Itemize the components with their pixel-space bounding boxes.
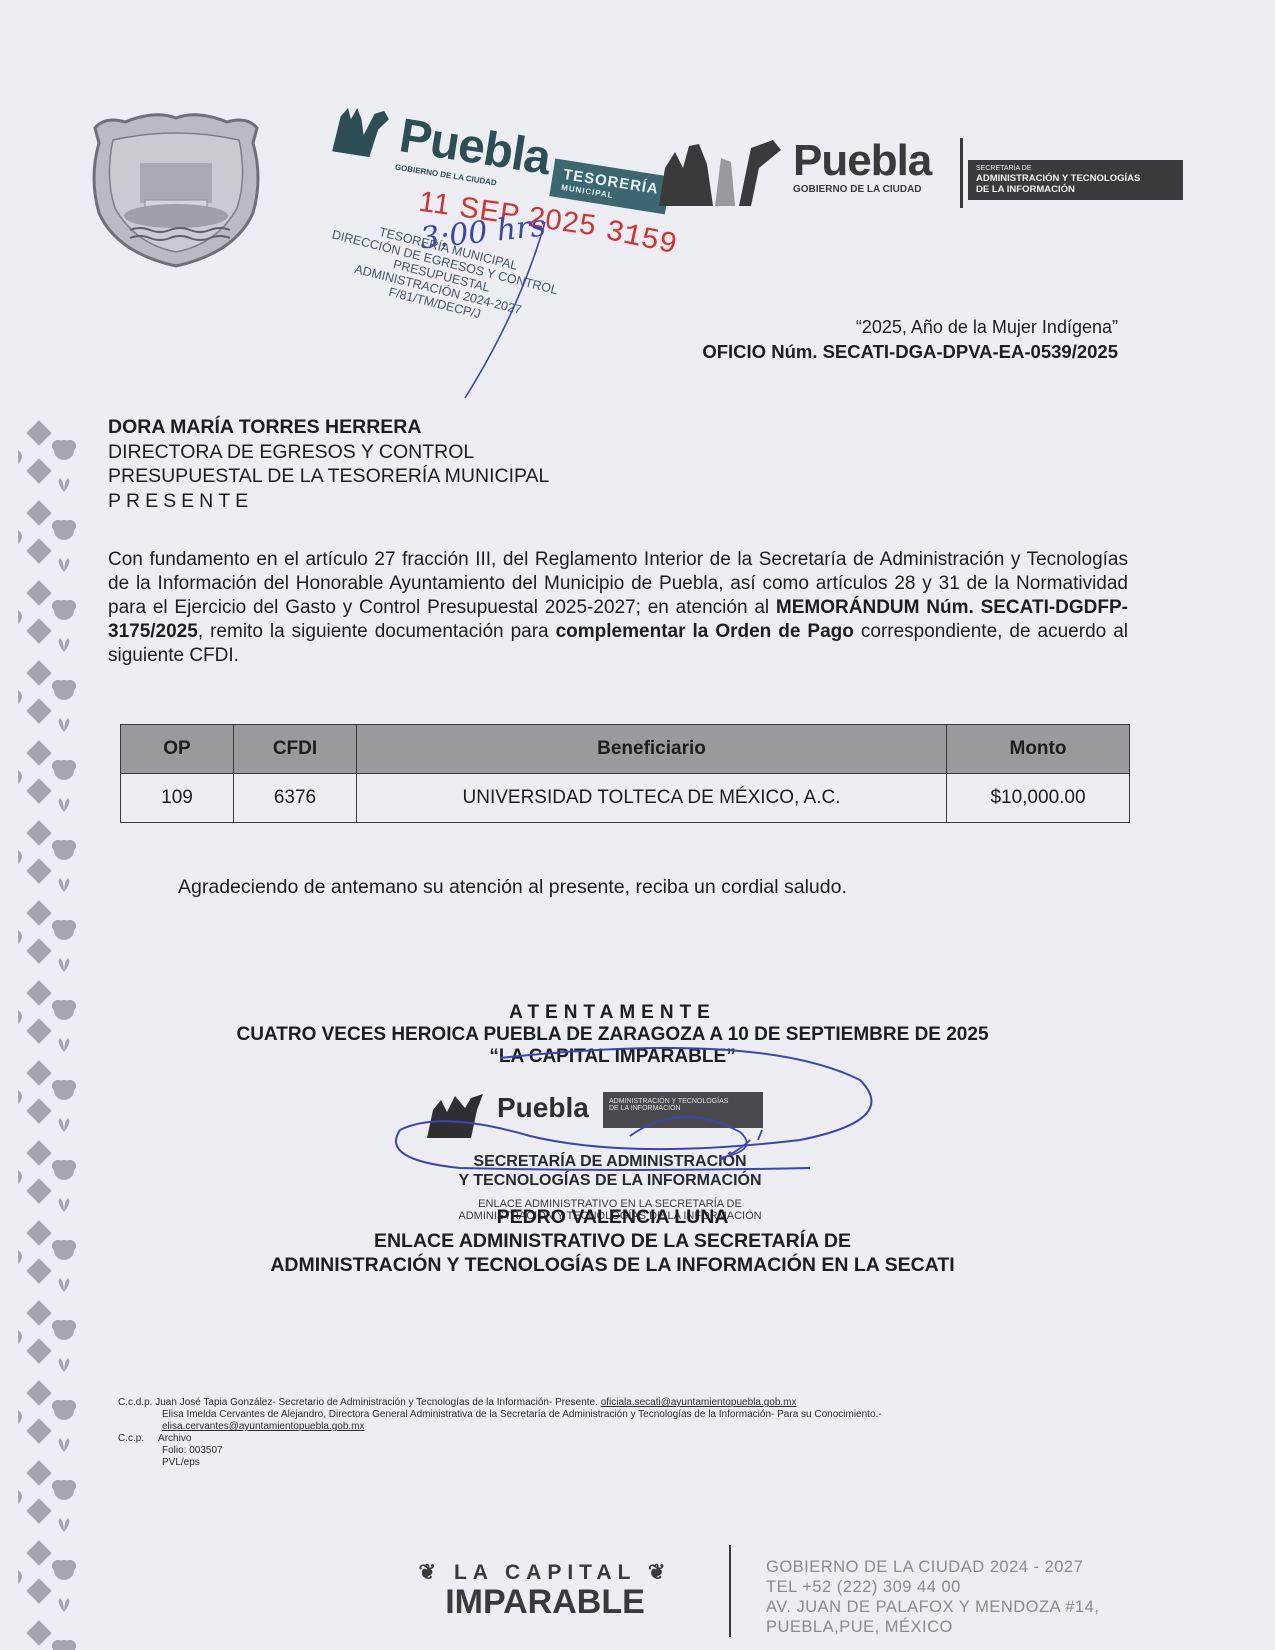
copies-block: C.c.d.p. Juan José Tapia González- Secre… (118, 1397, 882, 1469)
ccdp-label: C.c.d.p. (118, 1397, 152, 1408)
payment-order-table: OP CFDI Beneficiario Monto 109 6376 UNIV… (120, 724, 1130, 823)
ornamental-border-pattern (18, 420, 80, 1650)
ccdp-recipient: Elisa Imelda Cervantes de Alejandro, Dir… (118, 1409, 882, 1421)
body-emphasis: complementar la Orden de Pago (556, 621, 854, 642)
box-line: ADMINISTRACIÓN Y TECNOLOGÍAS (976, 173, 1175, 184)
author-initials: PVL/eps (118, 1457, 882, 1469)
presente-label: PRESENTE (108, 489, 549, 514)
puebla-skyline-icon (655, 138, 785, 208)
slogan-text: LA CAPITAL (454, 1561, 636, 1584)
signer-title: ENLACE ADMINISTRATIVO DE LA SECRETARÍA D… (150, 1229, 1075, 1253)
footer-slogan-line2: IMPARABLE (395, 1585, 695, 1619)
box-line: SECRETARÍA DE (976, 164, 1175, 173)
puebla-wordmark: Puebla (793, 138, 931, 184)
logo-subtitle: GOBIERNO DE LA CIUDAD (793, 184, 931, 195)
wing-right-icon: ❦ (648, 1561, 672, 1584)
blue-ink-stroke (460, 220, 550, 400)
logo-divider (960, 138, 963, 208)
city-coat-of-arms (85, 108, 267, 268)
body-text: , remito la siguiente documentación para (198, 621, 556, 642)
year-motto: “2025, Año de la Mujer Indígena” (856, 317, 1118, 338)
cell-op: 109 (121, 774, 234, 823)
ccp-archivo: Archivo (158, 1433, 191, 1444)
addressee-title: PRESUPUESTAL DE LA TESORERÍA MUNICIPAL (108, 464, 549, 489)
ccdp-recipient: Juan José Tapia González- Secretario de … (155, 1397, 598, 1408)
folio-number: Folio: 003507 (118, 1445, 882, 1457)
cell-cfdi: 6376 (234, 774, 357, 823)
addressee-block: DORA MARÍA TORRES HERRERA DIRECTORA DE E… (108, 415, 549, 513)
footer-government: GOBIERNO DE LA CIUDAD 2024 - 2027 (766, 1557, 1099, 1577)
col-header-op: OP (121, 725, 234, 774)
col-header-beneficiario: Beneficiario (357, 725, 947, 774)
email-link[interactable]: oficiala.secati@ayuntamientopuebla.gob.m… (601, 1397, 797, 1408)
wing-left-icon: ❦ (418, 1561, 442, 1584)
puebla-skyline-icon (329, 92, 399, 171)
box-line: DE LA INFORMACIÓN (976, 184, 1175, 195)
footer-slogan-line1: ❦ LA CAPITAL ❦ (395, 1560, 695, 1585)
footer-contact-info: GOBIERNO DE LA CIUDAD 2024 - 2027 TEL +5… (766, 1557, 1099, 1637)
table-header-row: OP CFDI Beneficiario Monto (121, 725, 1130, 774)
signer-block: PEDRO VALENCIA LUNA ENLACE ADMINISTRATIV… (150, 1205, 1075, 1277)
handwritten-signature (380, 1040, 920, 1200)
ccp-label: C.c.p. (118, 1433, 144, 1444)
oficio-number: OFICIO Núm. SECATI-DGA-DPVA-EA-0539/2025 (702, 341, 1118, 363)
la-capital-imparable-logo: ❦ LA CAPITAL ❦ IMPARABLE (395, 1560, 695, 1632)
cell-beneficiario: UNIVERSIDAD TOLTECA DE MÉXICO, A.C. (357, 774, 947, 823)
atentamente-label: ATENTAMENTE (150, 1002, 1075, 1024)
footer-city: PUEBLA,PUE, MÉXICO (766, 1617, 1099, 1637)
body-paragraph: Con fundamento en el artículo 27 fracció… (108, 548, 1128, 668)
signer-name: PEDRO VALENCIA LUNA (150, 1205, 1075, 1229)
addressee-title: DIRECTORA DE EGRESOS Y CONTROL (108, 440, 549, 465)
footer-phone: TEL +52 (222) 309 44 00 (766, 1577, 1099, 1597)
signer-title: ADMINISTRACIÓN Y TECNOLOGÍAS DE LA INFOR… (150, 1253, 1075, 1277)
table-row: 109 6376 UNIVERSIDAD TOLTECA DE MÉXICO, … (121, 774, 1130, 823)
secati-department-box: SECRETARÍA DE ADMINISTRACIÓN Y TECNOLOGÍ… (968, 160, 1183, 200)
col-header-cfdi: CFDI (234, 725, 357, 774)
col-header-monto: Monto (947, 725, 1130, 774)
cell-monto: $10,000.00 (947, 774, 1130, 823)
footer-divider (729, 1545, 731, 1637)
footer-address: AV. JUAN DE PALAFOX Y MENDOZA #14, (766, 1597, 1099, 1617)
addressee-name: DORA MARÍA TORRES HERRERA (108, 415, 549, 440)
closing-line: Agradeciendo de antemano su atención al … (178, 876, 847, 899)
email-link[interactable]: elisa.cervantes@ayuntamientopuebla.gob.m… (162, 1421, 365, 1432)
